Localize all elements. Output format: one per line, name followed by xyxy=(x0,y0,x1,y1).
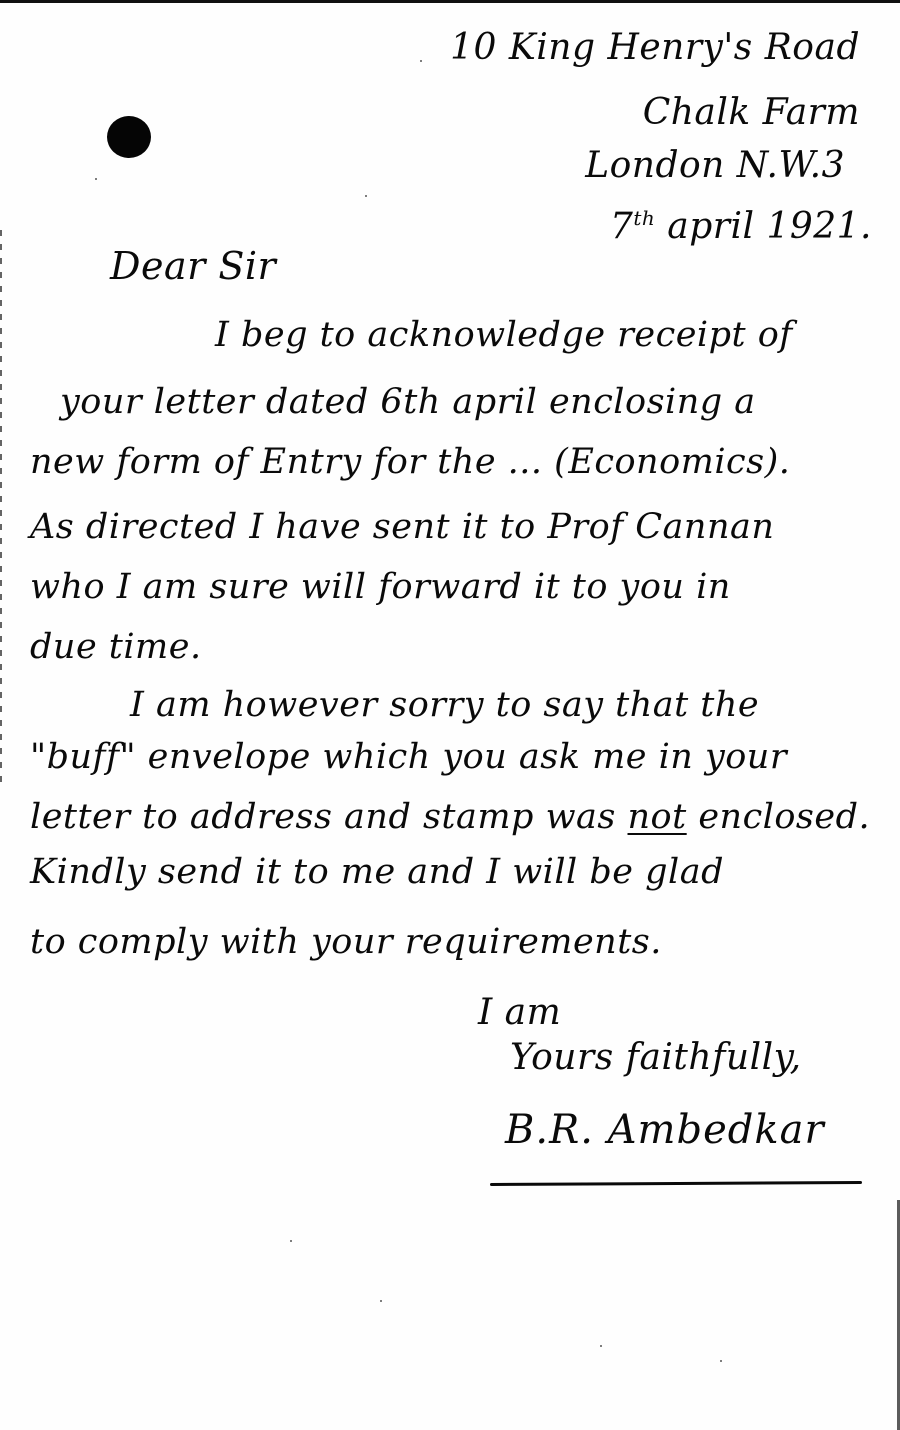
body-line-9-start: letter to address and stamp was xyxy=(30,797,628,837)
body-line-10: Kindly send it to me and I will be glad xyxy=(30,855,724,890)
body-line-2: your letter dated 6th april enclosing a xyxy=(60,385,756,420)
body-line-11: to comply with your requirements. xyxy=(30,925,662,960)
body-line-4: As directed I have sent it to Prof Canna… xyxy=(30,510,774,545)
scan-speck xyxy=(95,178,97,180)
date-month-year: april 1921. xyxy=(667,206,872,247)
scan-speck xyxy=(380,1300,382,1302)
body-line-1: I beg to acknowledge receipt of xyxy=(215,318,793,353)
salutation: Dear Sir xyxy=(110,247,276,285)
body-line-3: new form of Entry for the ... (Economics… xyxy=(30,445,790,480)
scan-speck xyxy=(420,60,422,62)
body-line-9-end: enclosed. xyxy=(687,797,870,837)
address-line-3: London N.W.3 xyxy=(585,148,845,184)
scan-speck xyxy=(290,1240,292,1242)
body-line-5: who I am sure will forward it to you in xyxy=(30,570,731,605)
body-line-6: due time. xyxy=(30,630,202,665)
scan-left-edge xyxy=(0,230,2,790)
date-day: 7 xyxy=(610,206,633,247)
letter-date: 7th april 1921. xyxy=(610,208,872,245)
underlined-word-not: not xyxy=(628,797,687,837)
punch-hole-mark xyxy=(107,116,151,158)
letter-page: 10 King Henry's Road Chalk Farm London N… xyxy=(0,0,900,1430)
body-line-9: letter to address and stamp was not encl… xyxy=(30,800,870,835)
body-line-8: "buff" envelope which you ask me in your xyxy=(30,740,787,775)
signature-underline xyxy=(490,1181,862,1186)
scan-speck xyxy=(600,1345,602,1347)
body-line-7: I am however sorry to say that the xyxy=(130,688,759,723)
address-line-1: 10 King Henry's Road xyxy=(450,30,860,66)
date-day-suffix: th xyxy=(633,206,655,230)
closing-line-1: I am xyxy=(478,995,561,1031)
closing-line-2: Yours faithfully, xyxy=(510,1040,802,1076)
scan-speck xyxy=(720,1360,722,1362)
scan-speck xyxy=(365,195,367,197)
scan-top-border xyxy=(0,0,900,3)
address-line-2: Chalk Farm xyxy=(643,95,860,131)
signature: B.R. Ambedkar xyxy=(505,1110,825,1150)
